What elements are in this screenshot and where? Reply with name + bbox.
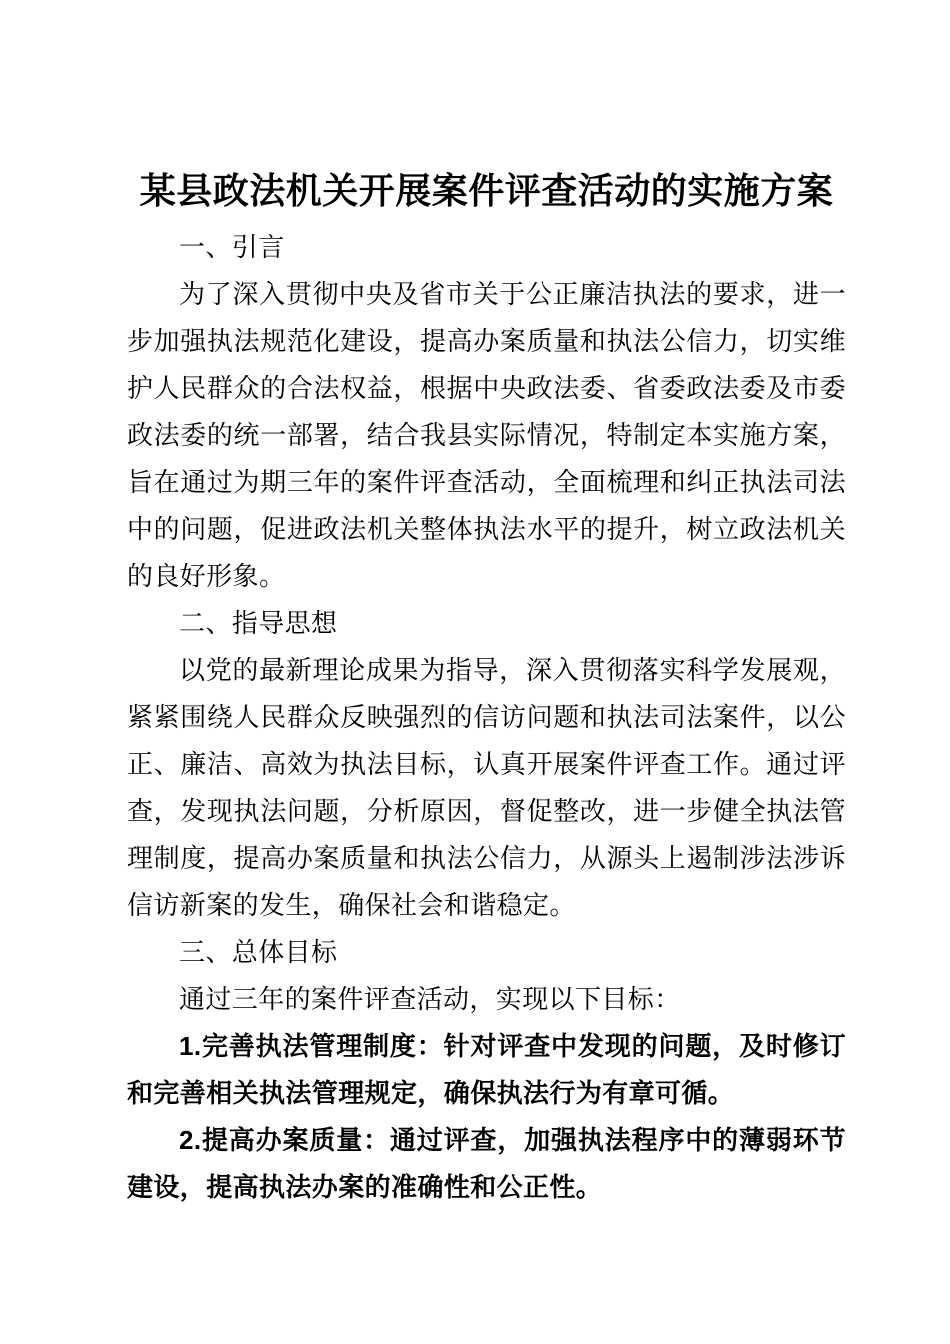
section-heading-overall-goals: 三、总体目标 — [127, 929, 846, 976]
paragraph-goals-lead: 通过三年的案件评查活动，实现以下目标： — [127, 976, 846, 1023]
section-heading-guiding-ideology: 二、指导思想 — [127, 600, 846, 647]
document-title: 某县政法机关开展案件评查活动的实施方案 — [127, 160, 846, 222]
document-content: 某县政法机关开展案件评查活动的实施方案 一、引言 为了深入贯彻中央及省市关于公正… — [0, 0, 950, 1211]
paragraph-introduction: 为了深入贯彻中央及省市关于公正廉洁执法的要求，进一步加强执法规范化建设，提高办案… — [127, 271, 846, 600]
document-page: 某县政法机关开展案件评查活动的实施方案 一、引言 为了深入贯彻中央及省市关于公正… — [0, 0, 950, 1344]
paragraph-guiding-ideology: 以党的最新理论成果为指导，深入贯彻落实科学发展观，紧紧围绕人民群众反映强烈的信访… — [127, 647, 846, 929]
goal-item-1: 1.完善执法管理制度：针对评查中发现的问题，及时修订和完善相关执法管理规定，确保… — [127, 1023, 846, 1117]
section-heading-introduction: 一、引言 — [127, 224, 846, 271]
goal-item-2: 2.提高办案质量：通过评查，加强执法程序中的薄弱环节建设，提高执法办案的准确性和… — [127, 1117, 846, 1211]
